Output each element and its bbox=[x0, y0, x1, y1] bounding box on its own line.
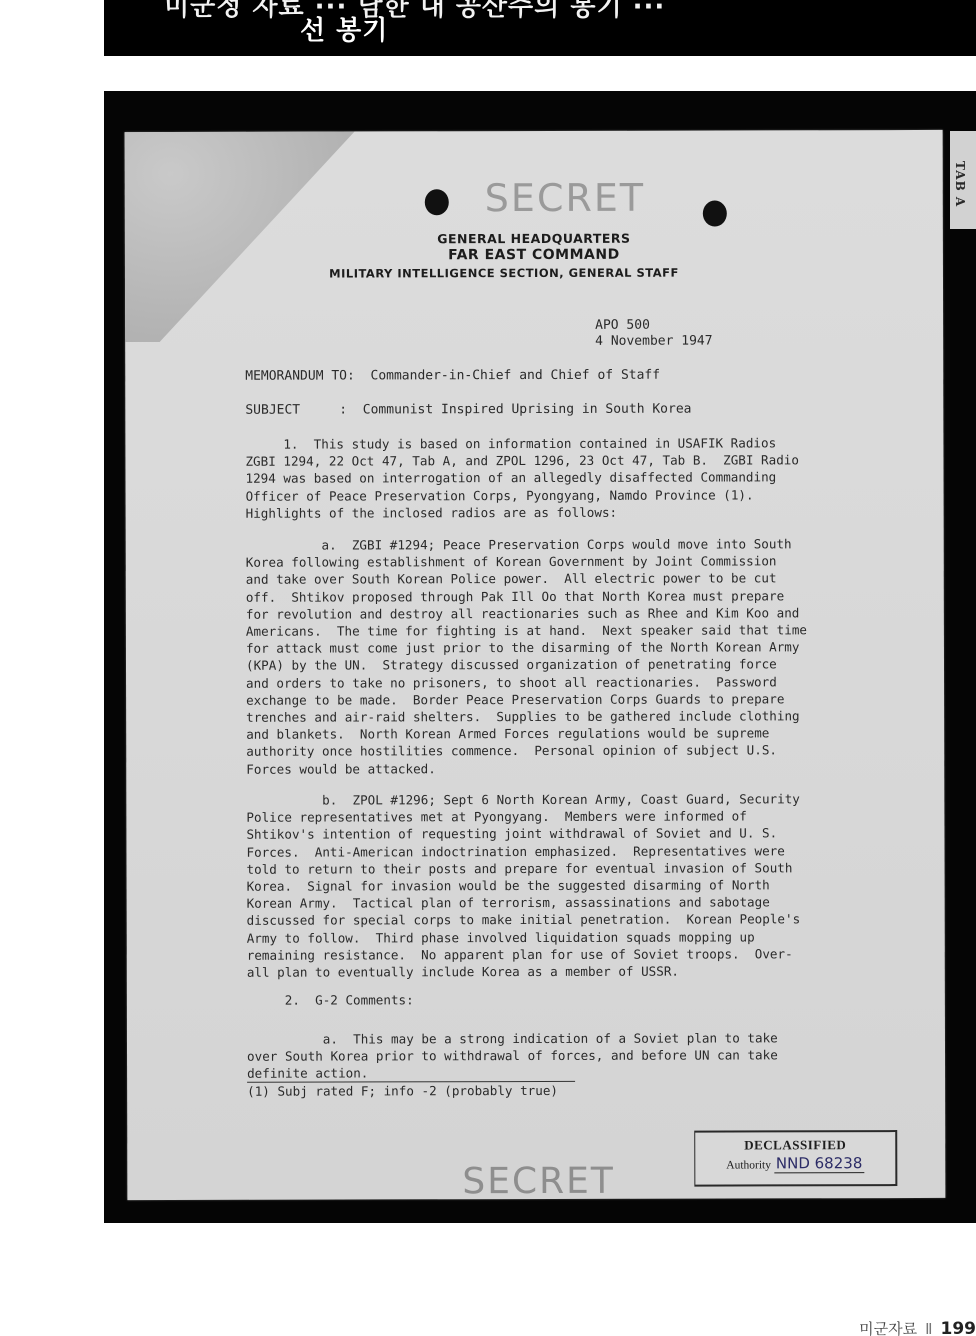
subject-label: SUBJECT bbox=[245, 403, 300, 418]
text-line: for attack must come just prior to the d… bbox=[246, 638, 866, 657]
footnote: (1) Subj rated F; info -2 (probably true… bbox=[247, 1081, 867, 1100]
memo-to-value: Commander-in-Chief and Chief of Staff bbox=[370, 368, 660, 384]
subject-value: Communist Inspired Uprising in South Kor… bbox=[363, 402, 692, 418]
paragraph-1: 1. This study is based on information co… bbox=[245, 434, 865, 522]
subject-row: SUBJECT : Communist Inspired Uprising in… bbox=[245, 401, 691, 419]
text-line: trenches and air-raid shelters. Supplies… bbox=[246, 707, 866, 726]
chapter-title-line2: 선 봉기 bbox=[300, 10, 388, 47]
text-line: (KPA) by the UN. Strategy discussed orga… bbox=[246, 656, 866, 675]
classification-stamp-top: SECRET bbox=[485, 176, 645, 220]
memo-sheet: SECRET GENERAL HEADQUARTERS FAR EAST COM… bbox=[125, 130, 946, 1200]
text-line: Forces would be attacked. bbox=[246, 759, 866, 778]
text-line: Army to follow. Third phase involved liq… bbox=[247, 928, 867, 947]
classification-stamp-bottom: SECRET bbox=[462, 1161, 615, 1202]
text-line: 2. G-2 Comments: bbox=[247, 990, 867, 1009]
text-line: Korea following establishment of Korean … bbox=[246, 552, 866, 571]
document-photo: TAB A SECRET GENERAL HEADQUARTERS FAR EA… bbox=[104, 91, 976, 1223]
authority-number: NND 68238 bbox=[774, 1154, 865, 1173]
text-line: Korean Army. Tactical plan of terrorism,… bbox=[247, 893, 867, 912]
book-chapter-title-band: 미군정 자료 ··· 남한 내 공산주의 봉기 ··· 선 봉기 bbox=[104, 0, 976, 56]
text-line: discussed for special corps to make init… bbox=[247, 911, 867, 930]
footnote-text: (1) Subj rated F; info -2 (probably true… bbox=[247, 1081, 867, 1100]
text-line: told to return to their posts and prepar… bbox=[247, 859, 867, 878]
text-line: all plan to eventually include Korea as … bbox=[247, 962, 867, 981]
paragraph-1a: a. ZGBI #1294; Peace Preservation Corps … bbox=[246, 535, 867, 777]
text-line: exchange to be made. Border Peace Preser… bbox=[246, 690, 866, 709]
memo-to-label: MEMORANDUM TO: bbox=[245, 368, 355, 383]
text-line: remaining resistance. No apparent plan f… bbox=[247, 945, 867, 964]
subject-separator: : bbox=[339, 402, 347, 417]
text-line: Korea. Signal for invasion would be the … bbox=[247, 876, 867, 895]
chapter-title-line1: 미군정 자료 ··· 남한 내 공산주의 봉기 ··· bbox=[164, 0, 665, 23]
tab-a-label: TAB A bbox=[953, 161, 967, 207]
punch-hole-icon bbox=[703, 200, 727, 226]
memo-date: 4 November 1947 bbox=[595, 333, 712, 351]
text-line: b. ZPOL #1296; Sept 6 North Korean Army,… bbox=[246, 790, 866, 809]
text-line: Americans. The time for fighting is at h… bbox=[246, 621, 866, 640]
tab-a-marker: TAB A bbox=[950, 131, 976, 229]
text-line: and take over South Korean Police power.… bbox=[246, 570, 866, 589]
text-line: a. ZGBI #1294; Peace Preservation Corps … bbox=[246, 535, 866, 554]
declassified-title: DECLASSIFIED bbox=[695, 1137, 895, 1154]
text-line: over South Korea prior to withdrawal of … bbox=[247, 1046, 867, 1065]
authority-label: Authority bbox=[726, 1159, 771, 1171]
declassified-authority: Authority NND 68238 bbox=[695, 1154, 895, 1173]
text-line: and blankets. North Korean Armed Forces … bbox=[246, 724, 866, 743]
page-footer: 미군자료Ⅱ199 bbox=[859, 1318, 976, 1336]
paragraph-1b: b. ZPOL #1296; Sept 6 North Korean Army,… bbox=[246, 790, 866, 981]
text-line: for revolution and destroy all reactiona… bbox=[246, 604, 866, 623]
text-line: authority once hostilities commence. Per… bbox=[246, 742, 866, 761]
text-line: 1294 was based on interrogation of an al… bbox=[245, 469, 865, 488]
text-line: a. This may be a strong indication of a … bbox=[247, 1029, 867, 1048]
declassified-stamp: DECLASSIFIED Authority NND 68238 bbox=[694, 1130, 897, 1187]
punch-hole-icon bbox=[425, 189, 449, 215]
page-number: 199 bbox=[941, 1319, 976, 1336]
text-line: Police representatives met at Pyongyang.… bbox=[246, 807, 866, 826]
text-line: Highlights of the inclosed radios are as… bbox=[246, 503, 866, 522]
text-line: ZGBI 1294, 22 Oct 47, Tab A, and ZPOL 12… bbox=[245, 451, 865, 470]
footer-section-label: 미군자료 bbox=[859, 1320, 917, 1336]
apo-number: APO 500 bbox=[595, 317, 650, 334]
paragraph-2-heading: 2. G-2 Comments: bbox=[247, 990, 867, 1009]
text-line: Forces. Anti-American indoctrination emp… bbox=[246, 842, 866, 861]
footer-separator: Ⅱ bbox=[925, 1320, 932, 1336]
letterhead-line2: FAR EAST COMMAND bbox=[125, 246, 943, 264]
text-line: definite action. bbox=[247, 1064, 867, 1083]
memo-to-row: MEMORANDUM TO: Commander-in-Chief and Ch… bbox=[245, 367, 660, 385]
text-line: 1. This study is based on information co… bbox=[245, 434, 865, 453]
text-line: Shtikov's intention of requesting joint … bbox=[246, 825, 866, 844]
text-line: Officer of Peace Preservation Corps, Pyo… bbox=[246, 486, 866, 505]
paragraph-2a: a. This may be a strong indication of a … bbox=[247, 1029, 867, 1082]
text-line: off. Shtikov proposed through Pak Ill Oo… bbox=[246, 587, 866, 606]
text-line: and orders to take no prisoners, to shoo… bbox=[246, 673, 866, 692]
